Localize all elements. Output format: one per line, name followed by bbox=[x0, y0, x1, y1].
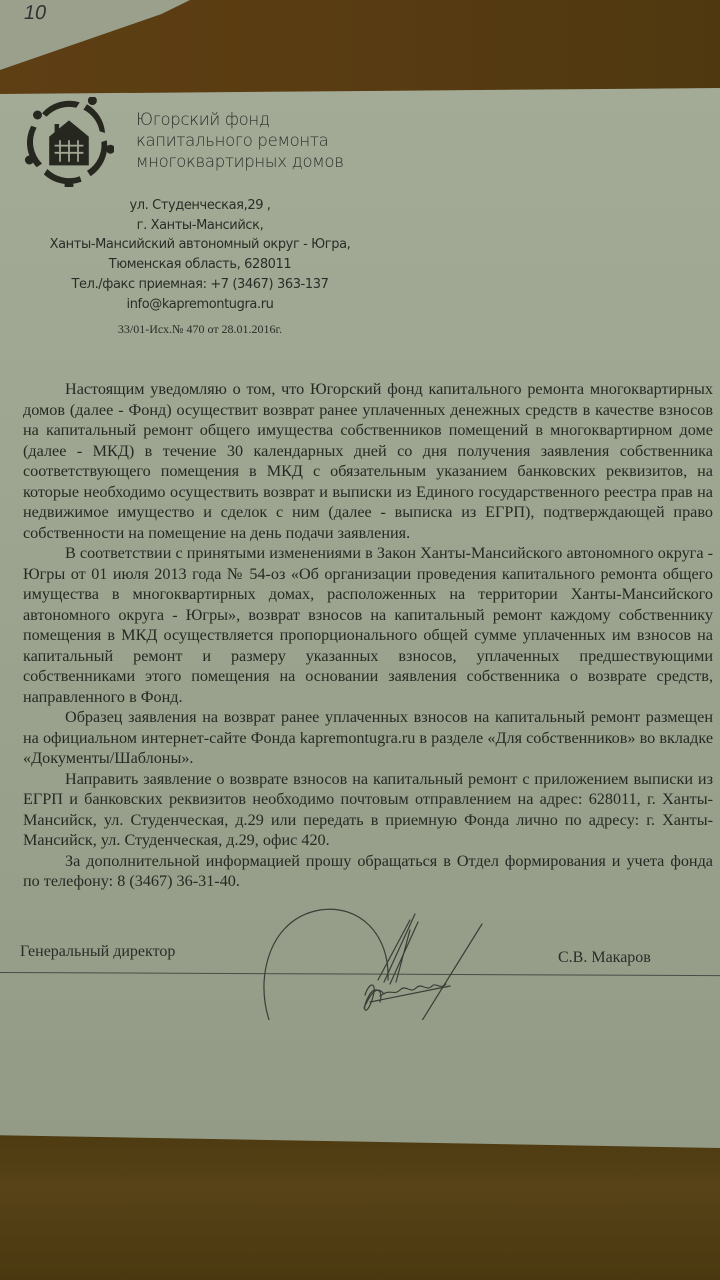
paragraph-contact-info: За дополнительной информацией прошу обра… bbox=[23, 851, 713, 892]
signatory-title: Генеральный директор bbox=[20, 943, 175, 961]
paragraph-refund-notice: Настоящим уведомляю о том, что Югорский … bbox=[23, 379, 713, 543]
underlying-page-mark: 10 bbox=[22, 2, 48, 25]
wooden-surface-bottom bbox=[0, 1130, 720, 1280]
org-name-line: капитального ремонта bbox=[136, 130, 344, 151]
address-phone: Тел./факс приемная: +7 (3467) 363-137 bbox=[0, 275, 400, 295]
signatory-name: С.В. Макаров bbox=[558, 949, 651, 967]
address-email: info@kapremontugra.ru bbox=[0, 295, 400, 315]
org-name-line: многоквартирных домов bbox=[136, 151, 344, 172]
letter-body: Настоящим уведомляю о том, что Югорский … bbox=[23, 379, 713, 892]
address-city: г. Ханты-Мансийск, bbox=[0, 216, 400, 236]
paragraph-law-reference: В соответствии с принятыми изменениями в… bbox=[23, 543, 713, 707]
organization-name: Югорский фонд капитального ремонта много… bbox=[136, 109, 344, 172]
organization-address: ул. Студенческая,29 , г. Ханты-Мансийск,… bbox=[0, 196, 400, 314]
address-street: ул. Студенческая,29 , bbox=[0, 196, 400, 216]
org-name-line: Югорский фонд bbox=[136, 109, 344, 130]
paragraph-submission-address: Направить заявление о возврате взносов н… bbox=[23, 769, 713, 851]
address-district: Ханты-Мансийский автономный округ - Югра… bbox=[0, 235, 400, 255]
paragraph-sample-form: Образец заявления на возврат ранее уплач… bbox=[23, 707, 713, 769]
address-region: Тюменская область, 628011 bbox=[0, 255, 400, 275]
outgoing-reference-number: 33/01-Исх.№ 470 от 28.01.2016г. bbox=[0, 322, 400, 337]
handwritten-signature-icon bbox=[260, 890, 510, 1020]
house-with-people-circle-logo-icon bbox=[24, 97, 114, 187]
